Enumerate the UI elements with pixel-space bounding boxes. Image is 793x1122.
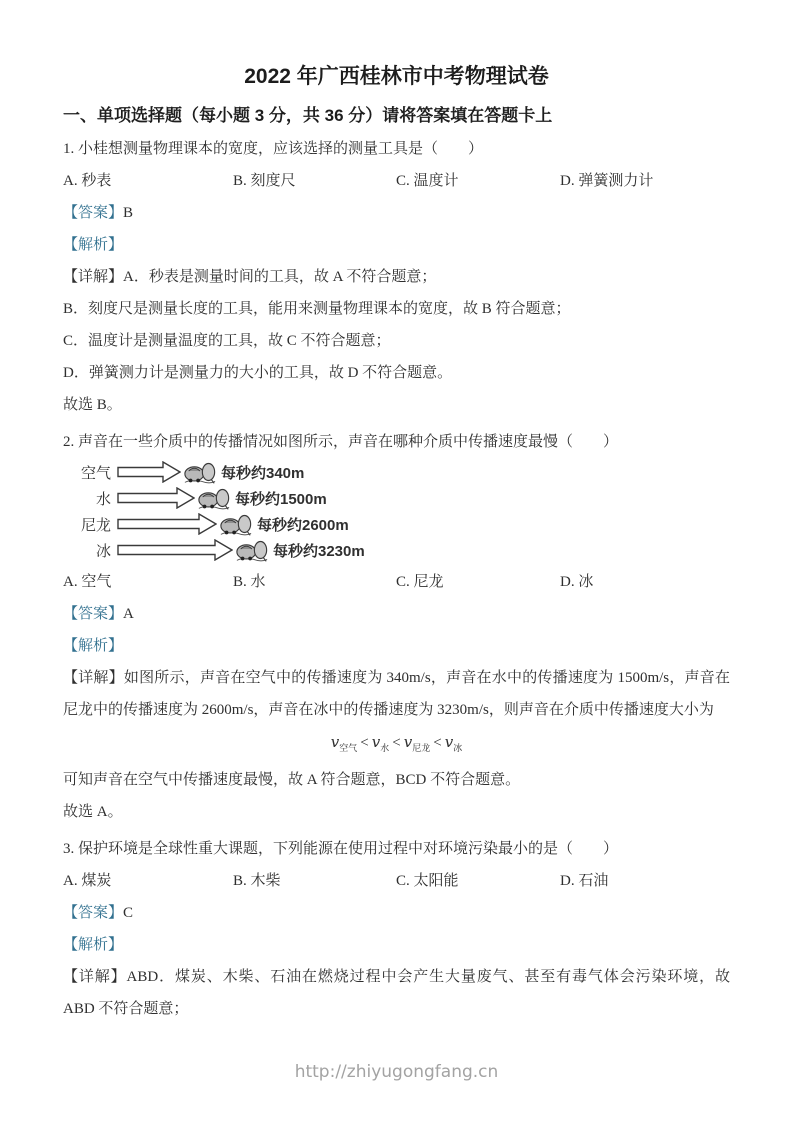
answer-value: C: [123, 905, 133, 921]
formula-term: v冰: [445, 735, 463, 751]
creature-illustration: [235, 537, 269, 563]
section-heading: 一、单项选择题（每小题 3 分，共 36 分）请将答案填在答题卡上: [63, 104, 730, 128]
answer-label: 【答案】: [63, 606, 123, 622]
right-arrow-icon: [117, 461, 181, 483]
answer-value: A: [123, 606, 134, 622]
medium-label: 水: [63, 488, 111, 509]
detail-line: D．弹簧测力计是测量力的大小的工具，故 D 不符合题意。: [63, 357, 730, 389]
page-title: 2022 年广西桂林市中考物理试卷: [63, 64, 730, 90]
sound-speed-diagram: 空气 每秒约340m 水 每秒约1500m 尼龙 每秒约2600m 冰: [63, 459, 730, 563]
answer-label: 【答案】: [63, 205, 123, 221]
formula-term: v空气: [331, 735, 358, 751]
creature-illustration: [197, 485, 231, 511]
speed-label: 每秒约2600m: [257, 514, 349, 535]
answer-value: B: [123, 205, 133, 221]
diagram-row-air: 空气 每秒约340m: [63, 459, 730, 485]
option-b: B. 木柴: [233, 865, 396, 897]
detail-line: C．温度计是测量温度的工具，故 C 不符合题意；: [63, 325, 730, 357]
option-c: C. 温度计: [396, 165, 560, 197]
diagram-row-water: 水 每秒约1500m: [63, 485, 730, 511]
detail-line: B．刻度尺是测量长度的工具，能用来测量物理课本的宽度，故 B 符合题意；: [63, 293, 730, 325]
option-c: C. 尼龙: [396, 566, 560, 598]
conclusion-line: 故选 B。: [63, 389, 730, 421]
formula-term: v水: [372, 735, 390, 751]
question-3-options: A. 煤炭 B. 木柴 C. 太阳能 D. 石油: [63, 865, 730, 897]
medium-label: 空气: [63, 462, 111, 483]
answer-label: 【答案】: [63, 905, 123, 921]
formula-term: v尼龙: [404, 735, 431, 751]
option-b: B. 刻度尺: [233, 165, 396, 197]
option-a: A. 煤炭: [63, 865, 233, 897]
conclusion-line: 故选 A。: [63, 796, 730, 828]
right-arrow-icon: [117, 513, 217, 535]
question-2-text: 2. 声音在一些介质中的传播情况如图所示，声音在哪种介质中传播速度最慢（ ）: [63, 426, 730, 458]
speed-label: 每秒约1500m: [235, 488, 327, 509]
less-than-operator: <: [433, 735, 441, 751]
option-b: B. 水: [233, 566, 396, 598]
question-1-options: A. 秒表 B. 刻度尺 C. 温度计 D. 弹簧测力计: [63, 165, 730, 197]
detail-line: 可知声音在空气中传播速度最慢，故 A 符合题意，BCD 不符合题意。: [63, 764, 730, 796]
detail-paragraph: 【详解】ABD．煤炭、木柴、石油在燃烧过程中会产生大量废气、甚至有毒气体会污染环…: [63, 961, 730, 1025]
creature-illustration: [219, 511, 253, 537]
answer-line: 【答案】C: [63, 897, 730, 929]
question-1: 1. 小桂想测量物理课本的宽度，应该选择的测量工具是（ ） A. 秒表 B. 刻…: [63, 133, 730, 421]
question-1-text: 1. 小桂想测量物理课本的宽度，应该选择的测量工具是（ ）: [63, 133, 730, 165]
speed-inequality-formula: v空气<v水<v尼龙<v冰: [63, 726, 730, 764]
question-2: 2. 声音在一些介质中的传播情况如图所示，声音在哪种介质中传播速度最慢（ ） 空…: [63, 426, 730, 828]
right-arrow-icon: [117, 539, 233, 561]
footer-watermark-url[interactable]: http://zhiyugongfang.cn: [0, 1062, 793, 1082]
speed-label: 每秒约340m: [221, 462, 304, 483]
diagram-row-ice: 冰 每秒约3230m: [63, 537, 730, 563]
option-a: A. 秒表: [63, 165, 233, 197]
right-arrow-icon: [117, 487, 195, 509]
option-d: D. 石油: [560, 865, 730, 897]
question-3-text: 3. 保护环境是全球性重大课题，下列能源在使用过程中对环境污染最小的是（ ）: [63, 833, 730, 865]
option-d: D. 弹簧测力计: [560, 165, 730, 197]
option-a: A. 空气: [63, 566, 233, 598]
exam-paper-page: 2022 年广西桂林市中考物理试卷 一、单项选择题（每小题 3 分，共 36 分…: [0, 0, 793, 1122]
less-than-operator: <: [360, 735, 368, 751]
speed-label: 每秒约3230m: [273, 540, 365, 561]
analysis-label: 【解析】: [63, 929, 730, 961]
answer-line: 【答案】B: [63, 197, 730, 229]
analysis-label: 【解析】: [63, 630, 730, 662]
less-than-operator: <: [392, 735, 400, 751]
medium-label: 冰: [63, 540, 111, 561]
question-2-options: A. 空气 B. 水 C. 尼龙 D. 冰: [63, 566, 730, 598]
answer-line: 【答案】A: [63, 598, 730, 630]
option-d: D. 冰: [560, 566, 730, 598]
analysis-label: 【解析】: [63, 229, 730, 261]
option-c: C. 太阳能: [396, 865, 560, 897]
diagram-row-nylon: 尼龙 每秒约2600m: [63, 511, 730, 537]
detail-line: 【详解】A．秒表是测量时间的工具，故 A 不符合题意；: [63, 261, 730, 293]
creature-illustration: [183, 459, 217, 485]
question-3: 3. 保护环境是全球性重大课题，下列能源在使用过程中对环境污染最小的是（ ） A…: [63, 833, 730, 1025]
detail-paragraph: 【详解】如图所示，声音在空气中的传播速度为 340m/s，声音在水中的传播速度为…: [63, 662, 730, 726]
medium-label: 尼龙: [63, 514, 111, 535]
